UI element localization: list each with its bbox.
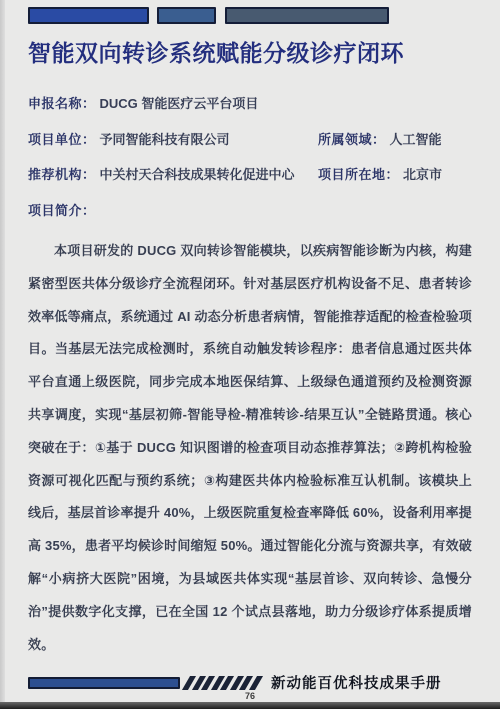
document-page: 智能双向转诊系统赋能分级诊疗闭环 申报名称：DUCG 智能医疗云平台项目 项目单… (0, 0, 500, 709)
field-row-application-name: 申报名称：DUCG 智能医疗云平台项目 (28, 93, 472, 112)
field-location: 项目所在地：北京市 (318, 164, 472, 183)
field-project-unit: 项目单位：予同智能科技有限公司 (28, 129, 318, 148)
page-title: 智能双向转诊系统赋能分级诊疗闭环 (28, 35, 472, 68)
decor-bar-slate (225, 7, 389, 24)
domain-label: 所属领域： (318, 132, 386, 147)
page-content: 智能双向转诊系统赋能分级诊疗闭环 申报名称：DUCG 智能医疗云平台项目 项目单… (28, 0, 472, 661)
footer-diagonal-stripes (186, 676, 262, 690)
decor-bar-steel (157, 7, 216, 24)
field-row-recommender-location: 推荐机构：中关村天合科技成果转化促进中心 项目所在地：北京市 (28, 164, 472, 183)
field-application-name: 申报名称：DUCG 智能医疗云平台项目 (28, 93, 258, 112)
page-number: 76 (0, 691, 500, 701)
project-introduction-paragraph: 本项目研发的 DUCG 双向转诊智能模块，以疾病智能诊断为内核，构建紧密型医共体… (28, 235, 472, 661)
application-name-value: DUCG 智能医疗云平台项目 (100, 96, 259, 111)
intro-label: 项目简介： (28, 200, 96, 219)
location-value: 北京市 (403, 167, 442, 182)
field-recommender: 推荐机构：中关村天合科技成果转化促进中心 (28, 164, 318, 183)
page-bottom-edge (0, 702, 500, 709)
footer: 新动能百优科技成果手册 (28, 675, 472, 690)
recommender-label: 推荐机构： (28, 167, 96, 182)
project-unit-value: 予同智能科技有限公司 (100, 132, 230, 147)
decor-bar-blue (28, 7, 149, 24)
field-row-intro: 项目简介： (28, 200, 472, 219)
handbook-title: 新动能百优科技成果手册 (271, 672, 442, 693)
header-decoration (28, 7, 472, 24)
recommender-value: 中关村天合科技成果转化促进中心 (100, 167, 295, 182)
page-left-edge-shadow (0, 0, 5, 709)
domain-value: 人工智能 (390, 132, 442, 147)
project-fields: 申报名称：DUCG 智能医疗云平台项目 项目单位：予同智能科技有限公司 所属领域… (28, 93, 472, 219)
field-domain: 所属领域：人工智能 (318, 129, 472, 148)
application-name-label: 申报名称： (28, 96, 96, 111)
project-unit-label: 项目单位： (28, 132, 96, 147)
footer-decor-bar (28, 677, 180, 689)
field-row-unit-domain: 项目单位：予同智能科技有限公司 所属领域：人工智能 (28, 129, 472, 148)
location-label: 项目所在地： (318, 167, 399, 182)
